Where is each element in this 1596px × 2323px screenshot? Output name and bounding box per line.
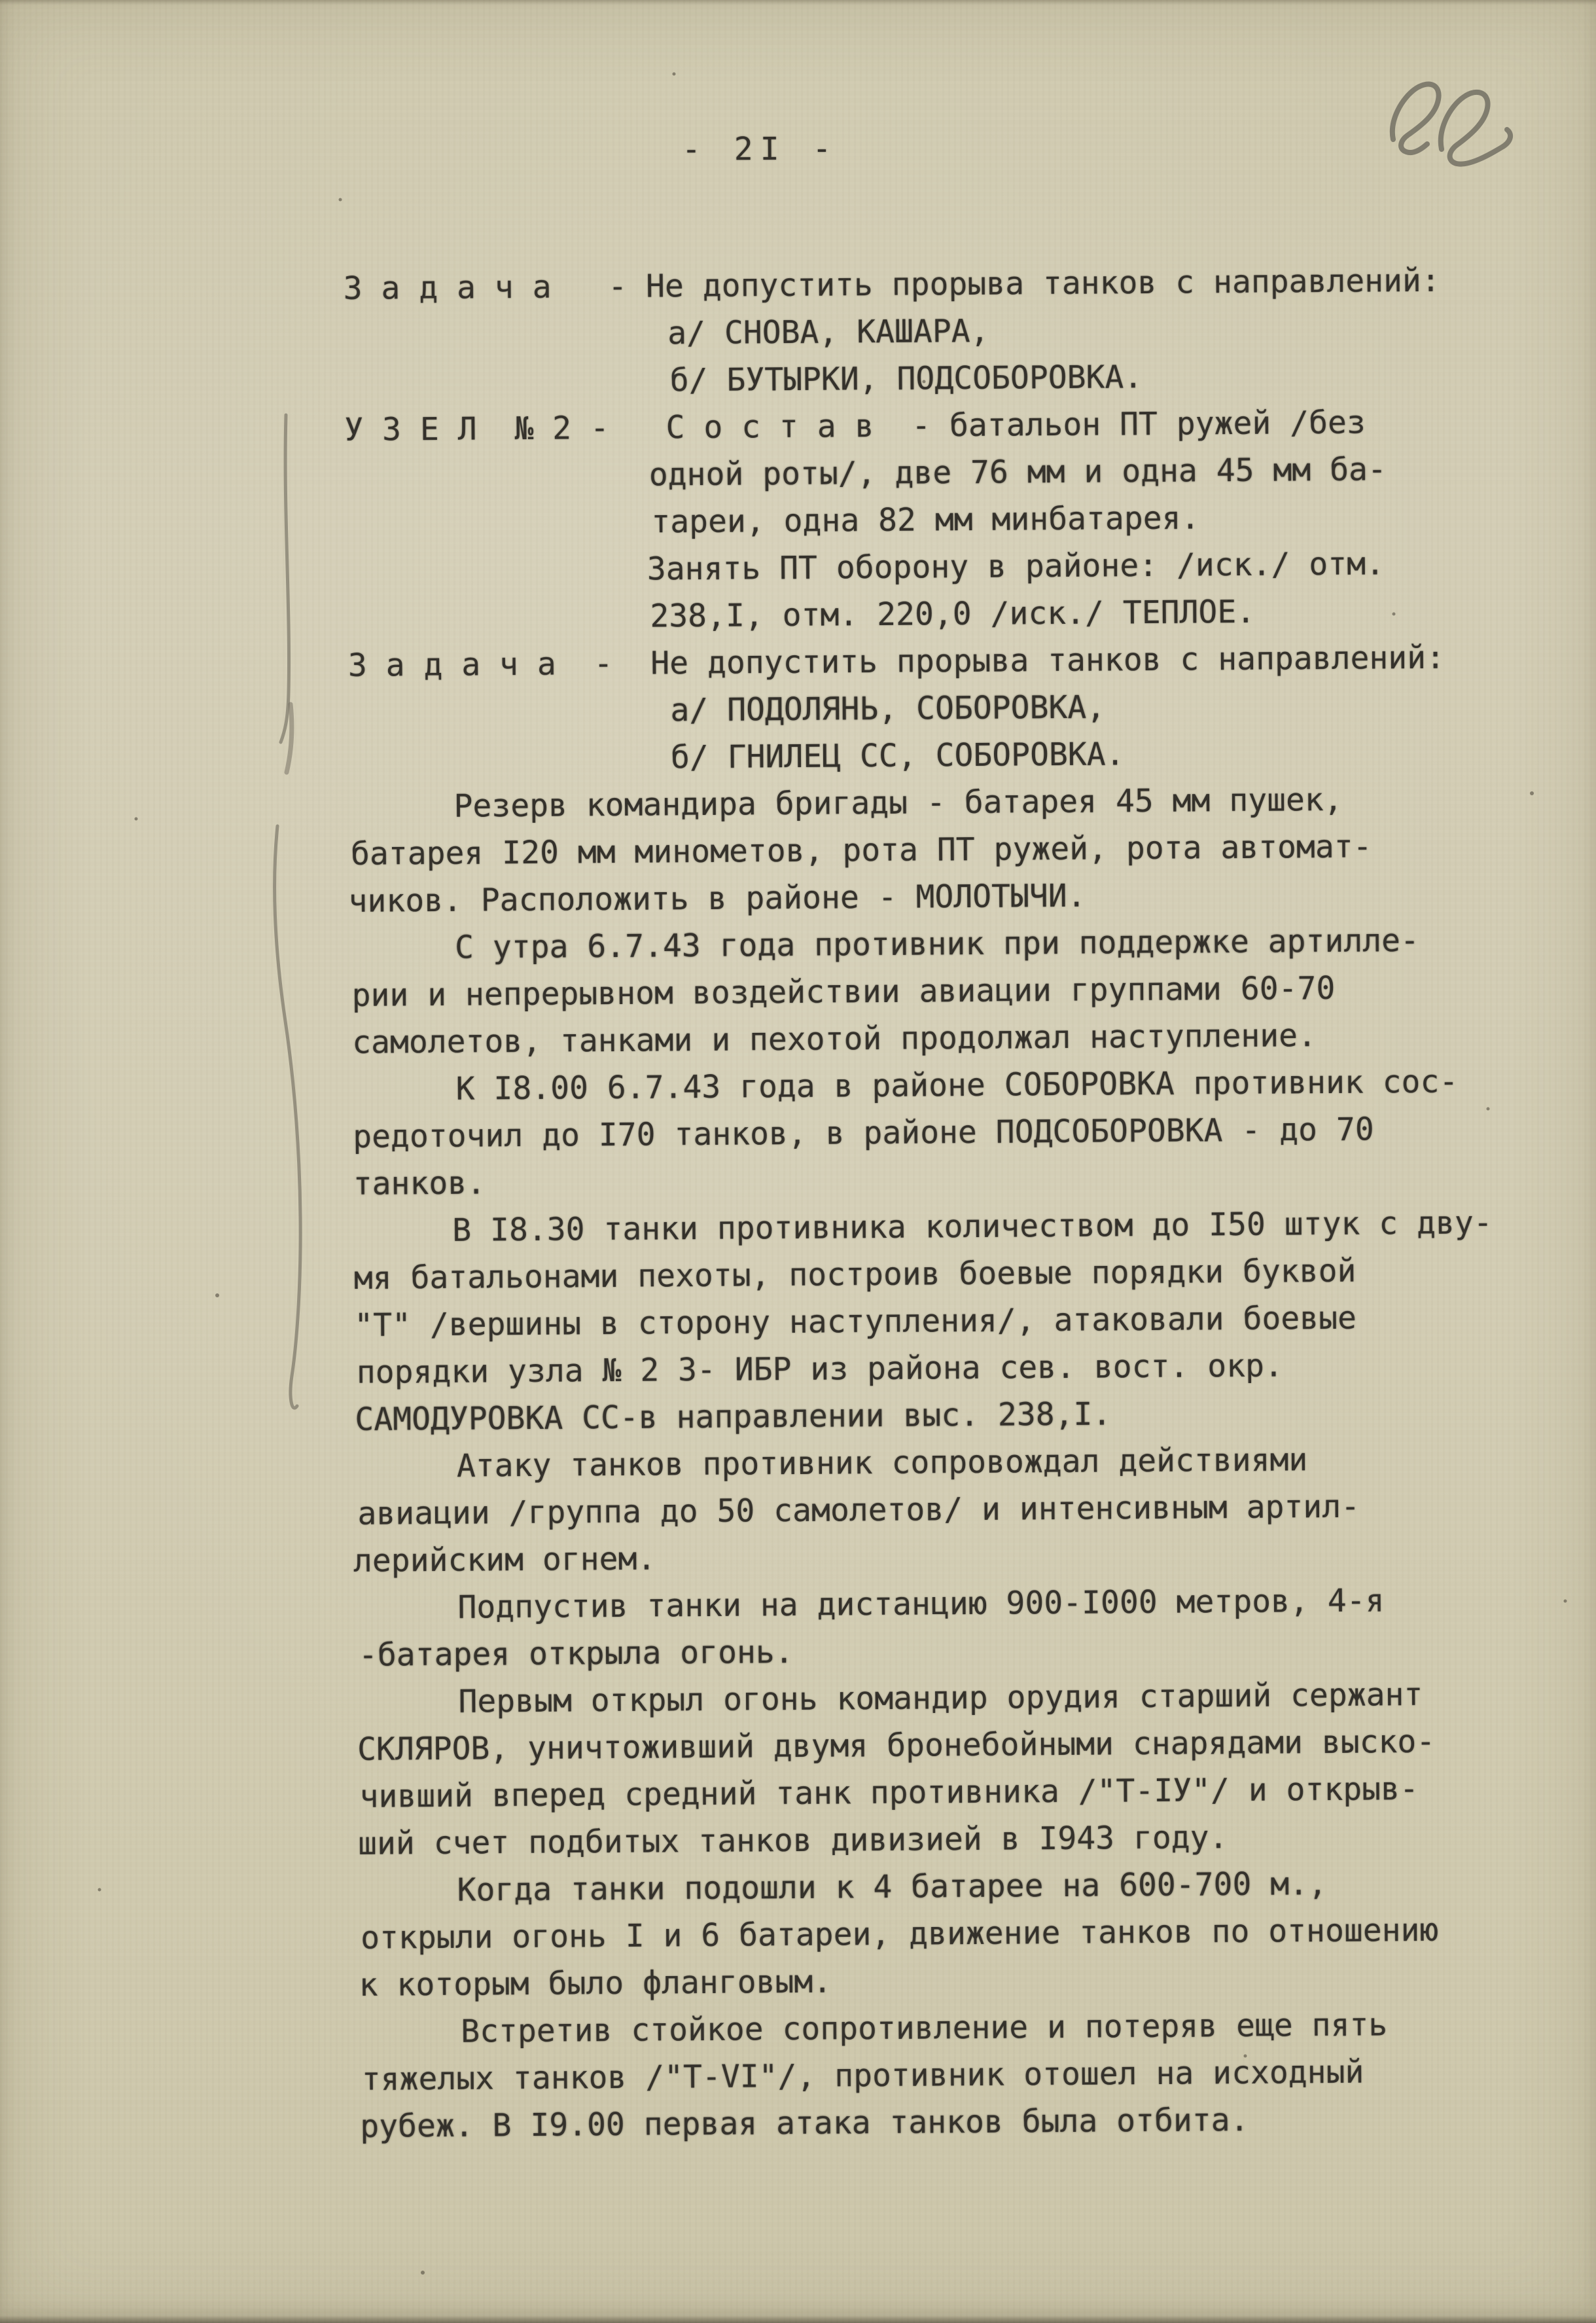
page-number: - 2I - <box>682 130 839 168</box>
typed-lines: З а д а ч а - Не допустить прорыва танко… <box>0 256 1596 2153</box>
handwritten-page-number <box>1392 84 1510 164</box>
document-body-text: З а д а ч а - Не допустить прорыва танко… <box>0 256 1596 2153</box>
document-page: - 2I - З а д а ч а - Не допустить прорыв… <box>0 0 1596 2323</box>
